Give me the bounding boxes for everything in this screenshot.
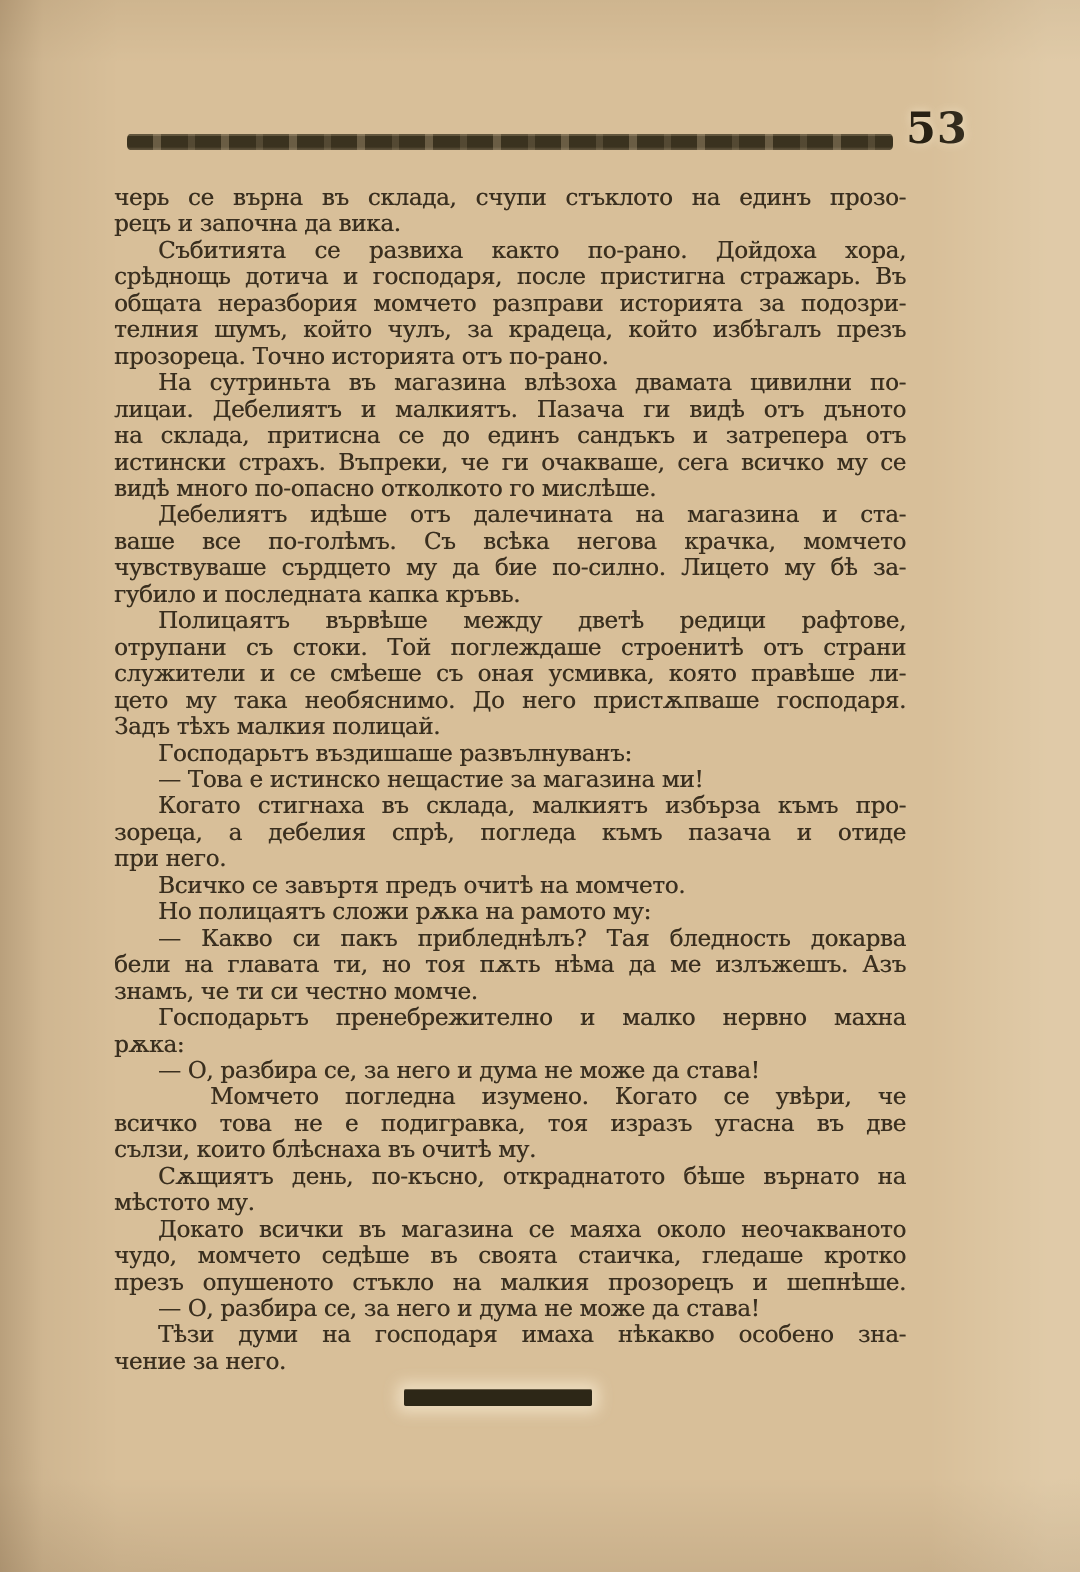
text-line: при него. [114, 846, 906, 872]
text-line: отрупани съ стоки. Той поглеждаше строен… [114, 635, 906, 661]
text-block: черь се върна въ склада, счупи стъклото … [114, 185, 906, 1375]
text-line: телния шумъ, който чулъ, за крадеца, кой… [114, 317, 906, 343]
text-line: рѫка: [114, 1032, 906, 1058]
text-line: срѣднощь дотича и господаря, после прист… [114, 264, 906, 290]
text-line: видѣ много по-опасно отколкото го мислѣш… [114, 476, 906, 502]
text-line: Докато всички въ магазина се маяха около… [114, 1217, 906, 1243]
text-line: — Какво си пакъ прибледнѣлъ? Тая бледнос… [114, 926, 906, 952]
text-line: Събитията се развиха както по-рано. Дойд… [114, 238, 906, 264]
header-rule [127, 134, 893, 150]
text-line: чудо, момчето седѣше въ своята стаичка, … [114, 1243, 906, 1269]
text-line: — Това е истинско нещастие за магазина м… [114, 767, 906, 793]
text-line: черь се върна въ склада, счупи стъклото … [114, 185, 906, 211]
text-line: — О, разбира се, за него и дума не може … [114, 1296, 906, 1322]
text-line: презъ опушеното стъкло на малкия прозоре… [114, 1270, 906, 1296]
text-line: прозореца. Точно историята отъ по-рано. [114, 344, 906, 370]
text-line: Когато стигнаха въ склада, малкиятъ избъ… [114, 793, 906, 819]
text-line: Всичко се завъртя предъ очитѣ на момчето… [114, 873, 906, 899]
page-number: 53 [906, 104, 968, 154]
text-line: на склада, притисна се до единъ сандъкъ … [114, 423, 906, 449]
text-line: ваше все по-голѣмъ. Съ всѣка негова крач… [114, 529, 906, 555]
text-line: На сутриньта въ магазина влѣзоха двамата… [114, 370, 906, 396]
text-line: истински страхъ. Въпреки, че ги очакваше… [114, 450, 906, 476]
text-line: Полицаятъ вървѣше между дветѣ редици раф… [114, 608, 906, 634]
text-line: общата неразбория момчето разправи истор… [114, 291, 906, 317]
text-line: мѣстото му. [114, 1190, 906, 1216]
text-line: Сѫщиятъ день, по-късно, откраднатото бѣш… [114, 1164, 906, 1190]
text-line: лицаи. Дебелиятъ и малкиятъ. Пазача ги в… [114, 397, 906, 423]
end-of-text-bar [404, 1389, 592, 1406]
text-line: служители и се смѣеше съ оная усмивка, к… [114, 661, 906, 687]
text-line: Господарьтъ пренебрежително и малко нерв… [114, 1005, 906, 1031]
text-line: Дебелиятъ идѣше отъ далечината на магази… [114, 502, 906, 528]
text-line: всичко това не е подигравка, тоя изразъ … [114, 1111, 906, 1137]
text-line: Но полицаятъ сложи рѫка на рамото му: [114, 899, 906, 925]
text-line: цето му така необяснимо. До него пристѫп… [114, 688, 906, 714]
text-line: зореца, а дебелия спрѣ, погледа къмъ паз… [114, 820, 906, 846]
text-line: чение за него. [114, 1349, 906, 1375]
scanned-book-page: 53 черь се върна въ склада, счупи стъкло… [0, 0, 1080, 1572]
text-line: бели на главата ти, но тоя пѫть нѣма да … [114, 952, 906, 978]
text-line: сълзи, които блѣснаха въ очитѣ му. [114, 1137, 906, 1163]
text-line: знамъ, че ти си честно момче. [114, 979, 906, 1005]
text-line: Тѣзи думи на господаря имаха нѣкакво осо… [114, 1322, 906, 1348]
text-line: чувствуваше сърдцето му да бие по-силно.… [114, 555, 906, 581]
text-line: рецъ и започна да вика. [114, 211, 906, 237]
text-line: губило и последната капка кръвь. [114, 582, 906, 608]
text-line: Момчето погледна изумено. Когато се увѣр… [114, 1084, 906, 1110]
text-line: Господарьтъ въздишаше развълнуванъ: [114, 741, 906, 767]
text-line: Задъ тѣхъ малкия полицай. [114, 714, 906, 740]
text-line: — О, разбира се, за него и дума не може … [114, 1058, 906, 1084]
